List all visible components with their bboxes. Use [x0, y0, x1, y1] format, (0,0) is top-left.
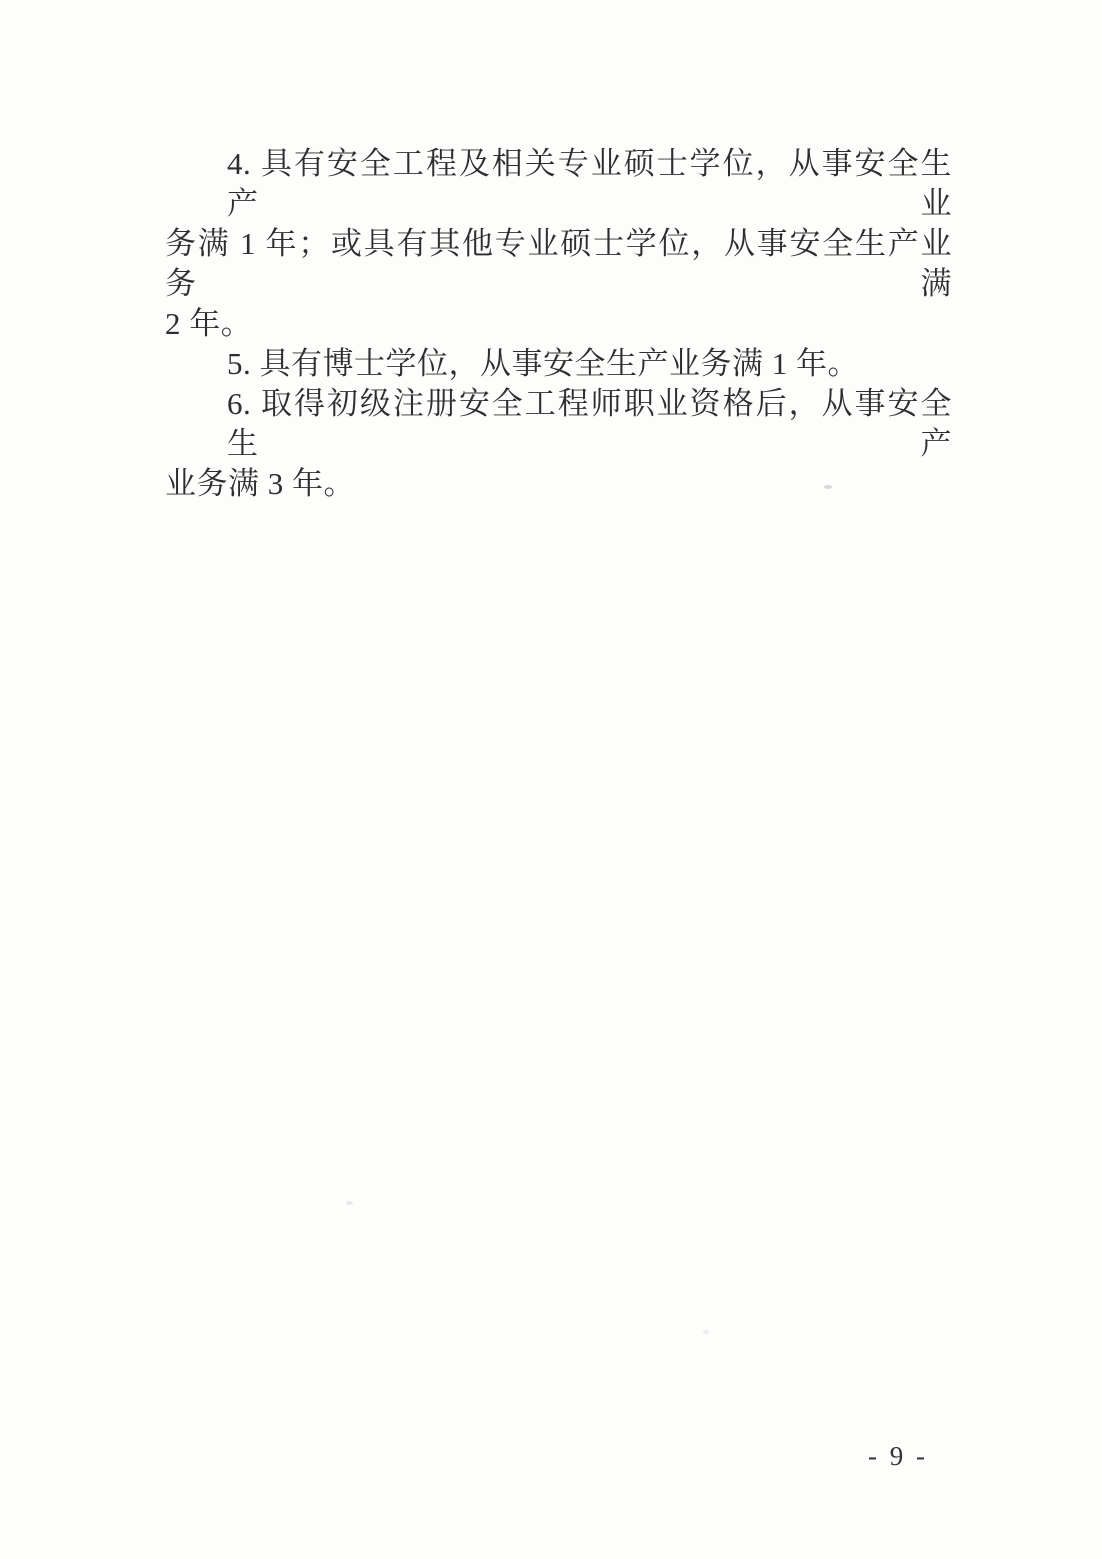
list-item-6-line-1: 6. 取得初级注册安全工程师职业资格后，从事安全生产	[165, 384, 952, 464]
list-item-4-line-1: 4. 具有安全工程及相关专业硕士学位，从事安全生产业	[165, 144, 952, 224]
scan-artifact	[346, 1201, 353, 1205]
page-number: - 9 -	[848, 1441, 948, 1472]
list-item-6-line-2: 业务满 3 年。	[165, 464, 952, 504]
body-text: 4. 具有安全工程及相关专业硕士学位，从事安全生产业 务满 1 年；或具有其他专…	[165, 144, 952, 504]
list-item-5-line-1: 5. 具有博士学位，从事安全生产业务满 1 年。	[165, 344, 952, 384]
list-item-4-line-3: 2 年。	[165, 304, 952, 344]
scan-artifact	[703, 1330, 709, 1334]
scan-artifact	[824, 485, 832, 489]
document-page: 4. 具有安全工程及相关专业硕士学位，从事安全生产业 务满 1 年；或具有其他专…	[0, 0, 1102, 1559]
list-item-4-line-2: 务满 1 年；或具有其他专业硕士学位，从事安全生产业务满	[165, 224, 952, 304]
